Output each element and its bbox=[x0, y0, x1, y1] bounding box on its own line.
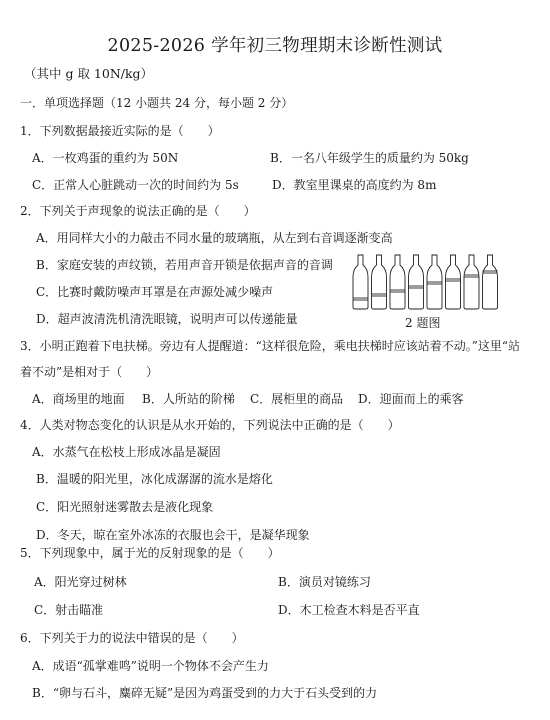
question-6-option-a: A．成语“孤掌难鸣”说明一个物体不会产生力 bbox=[32, 657, 269, 674]
question-3-stem-line2: 着不动”是相对于（ ） bbox=[20, 363, 158, 380]
figure-caption: 2 题图 bbox=[405, 314, 440, 331]
question-2-option-d: D．超声波清洗机清洗眼镜，说明声可以传递能量 bbox=[36, 310, 298, 327]
question-1-option-b: B．一名八年级学生的质量约为 50kg bbox=[270, 149, 469, 166]
question-5-stem: 5．下列现象中，属于光的反射现象的是（ ） bbox=[20, 544, 280, 561]
question-5-option-c: C．射击瞄准 bbox=[34, 601, 103, 618]
question-3-option-c: C．展柜里的商品 bbox=[250, 390, 343, 407]
question-3-option-b: B．人所站的阶梯 bbox=[142, 390, 235, 407]
question-1-option-a: A．一枚鸡蛋的重约为 50N bbox=[32, 149, 178, 166]
question-2-stem: 2．下列关于声现象的说法正确的是（ ） bbox=[20, 202, 256, 219]
question-2-option-b: B．家庭安装的声纹锁，若用声音开锁是依据声音的音调 bbox=[36, 256, 333, 273]
question-1-option-d: D．教室里课桌的高度约为 8m bbox=[272, 176, 436, 193]
question-2-option-a: A．用同样大小的力敲击不同水量的玻璃瓶，从左到右音调逐渐变高 bbox=[36, 229, 393, 246]
question-1-option-c: C．正常人心脏跳动一次的时间约为 5s bbox=[32, 176, 239, 193]
question-6-option-b: B．“卵与石斗，麋碎无疑”是因为鸡蛋受到的力大于石头受到的力 bbox=[32, 684, 377, 701]
exam-title: 2025-2026 学年初三物理期末诊断性测试 bbox=[0, 32, 550, 57]
section-heading: 一．单项选择题（12 小题共 24 分，每小题 2 分） bbox=[20, 94, 293, 111]
question-3-stem-line1: 3．小明正跑着下电扶梯。旁边有人提醒道：“这样很危险，乘电扶梯时应该站着不动。”… bbox=[20, 337, 520, 354]
question-4-option-b: B．温暖的阳光里，冰化成潺潺的流水是熔化 bbox=[36, 470, 273, 487]
question-3-option-a: A．商场里的地面 bbox=[32, 390, 125, 407]
question-2-option-c: C．比赛时戴防噪声耳罩是在声源处减少噪声 bbox=[36, 283, 273, 300]
question-4-option-c: C．阳光照射迷雾散去是液化现象 bbox=[36, 498, 213, 515]
question-4-stem: 4．人类对物态变化的认识是从水开始的，下列说法中正确的是（ ） bbox=[20, 416, 400, 433]
question-4-option-a: A．水蒸气在松枝上形成冰晶是凝固 bbox=[32, 443, 221, 460]
gravity-note: （其中 g 取 10N/kg） bbox=[24, 64, 153, 82]
question-3-option-d: D．迎面而上的乘客 bbox=[358, 390, 464, 407]
question-5-option-d: D．木工检查木料是否平直 bbox=[278, 601, 420, 618]
question-5-option-b: B．演员对镜练习 bbox=[278, 573, 371, 590]
question-5-option-a: A．阳光穿过树林 bbox=[34, 573, 127, 590]
question-6-stem: 6．下列关于力的说法中错误的是（ ） bbox=[20, 629, 244, 646]
question-4-option-d: D．冬天，晾在室外冰冻的衣服也会干，是凝华现象 bbox=[36, 526, 310, 543]
question-1-stem: 1．下列数据最接近实际的是（ ） bbox=[20, 122, 220, 139]
bottles-figure bbox=[352, 254, 502, 310]
